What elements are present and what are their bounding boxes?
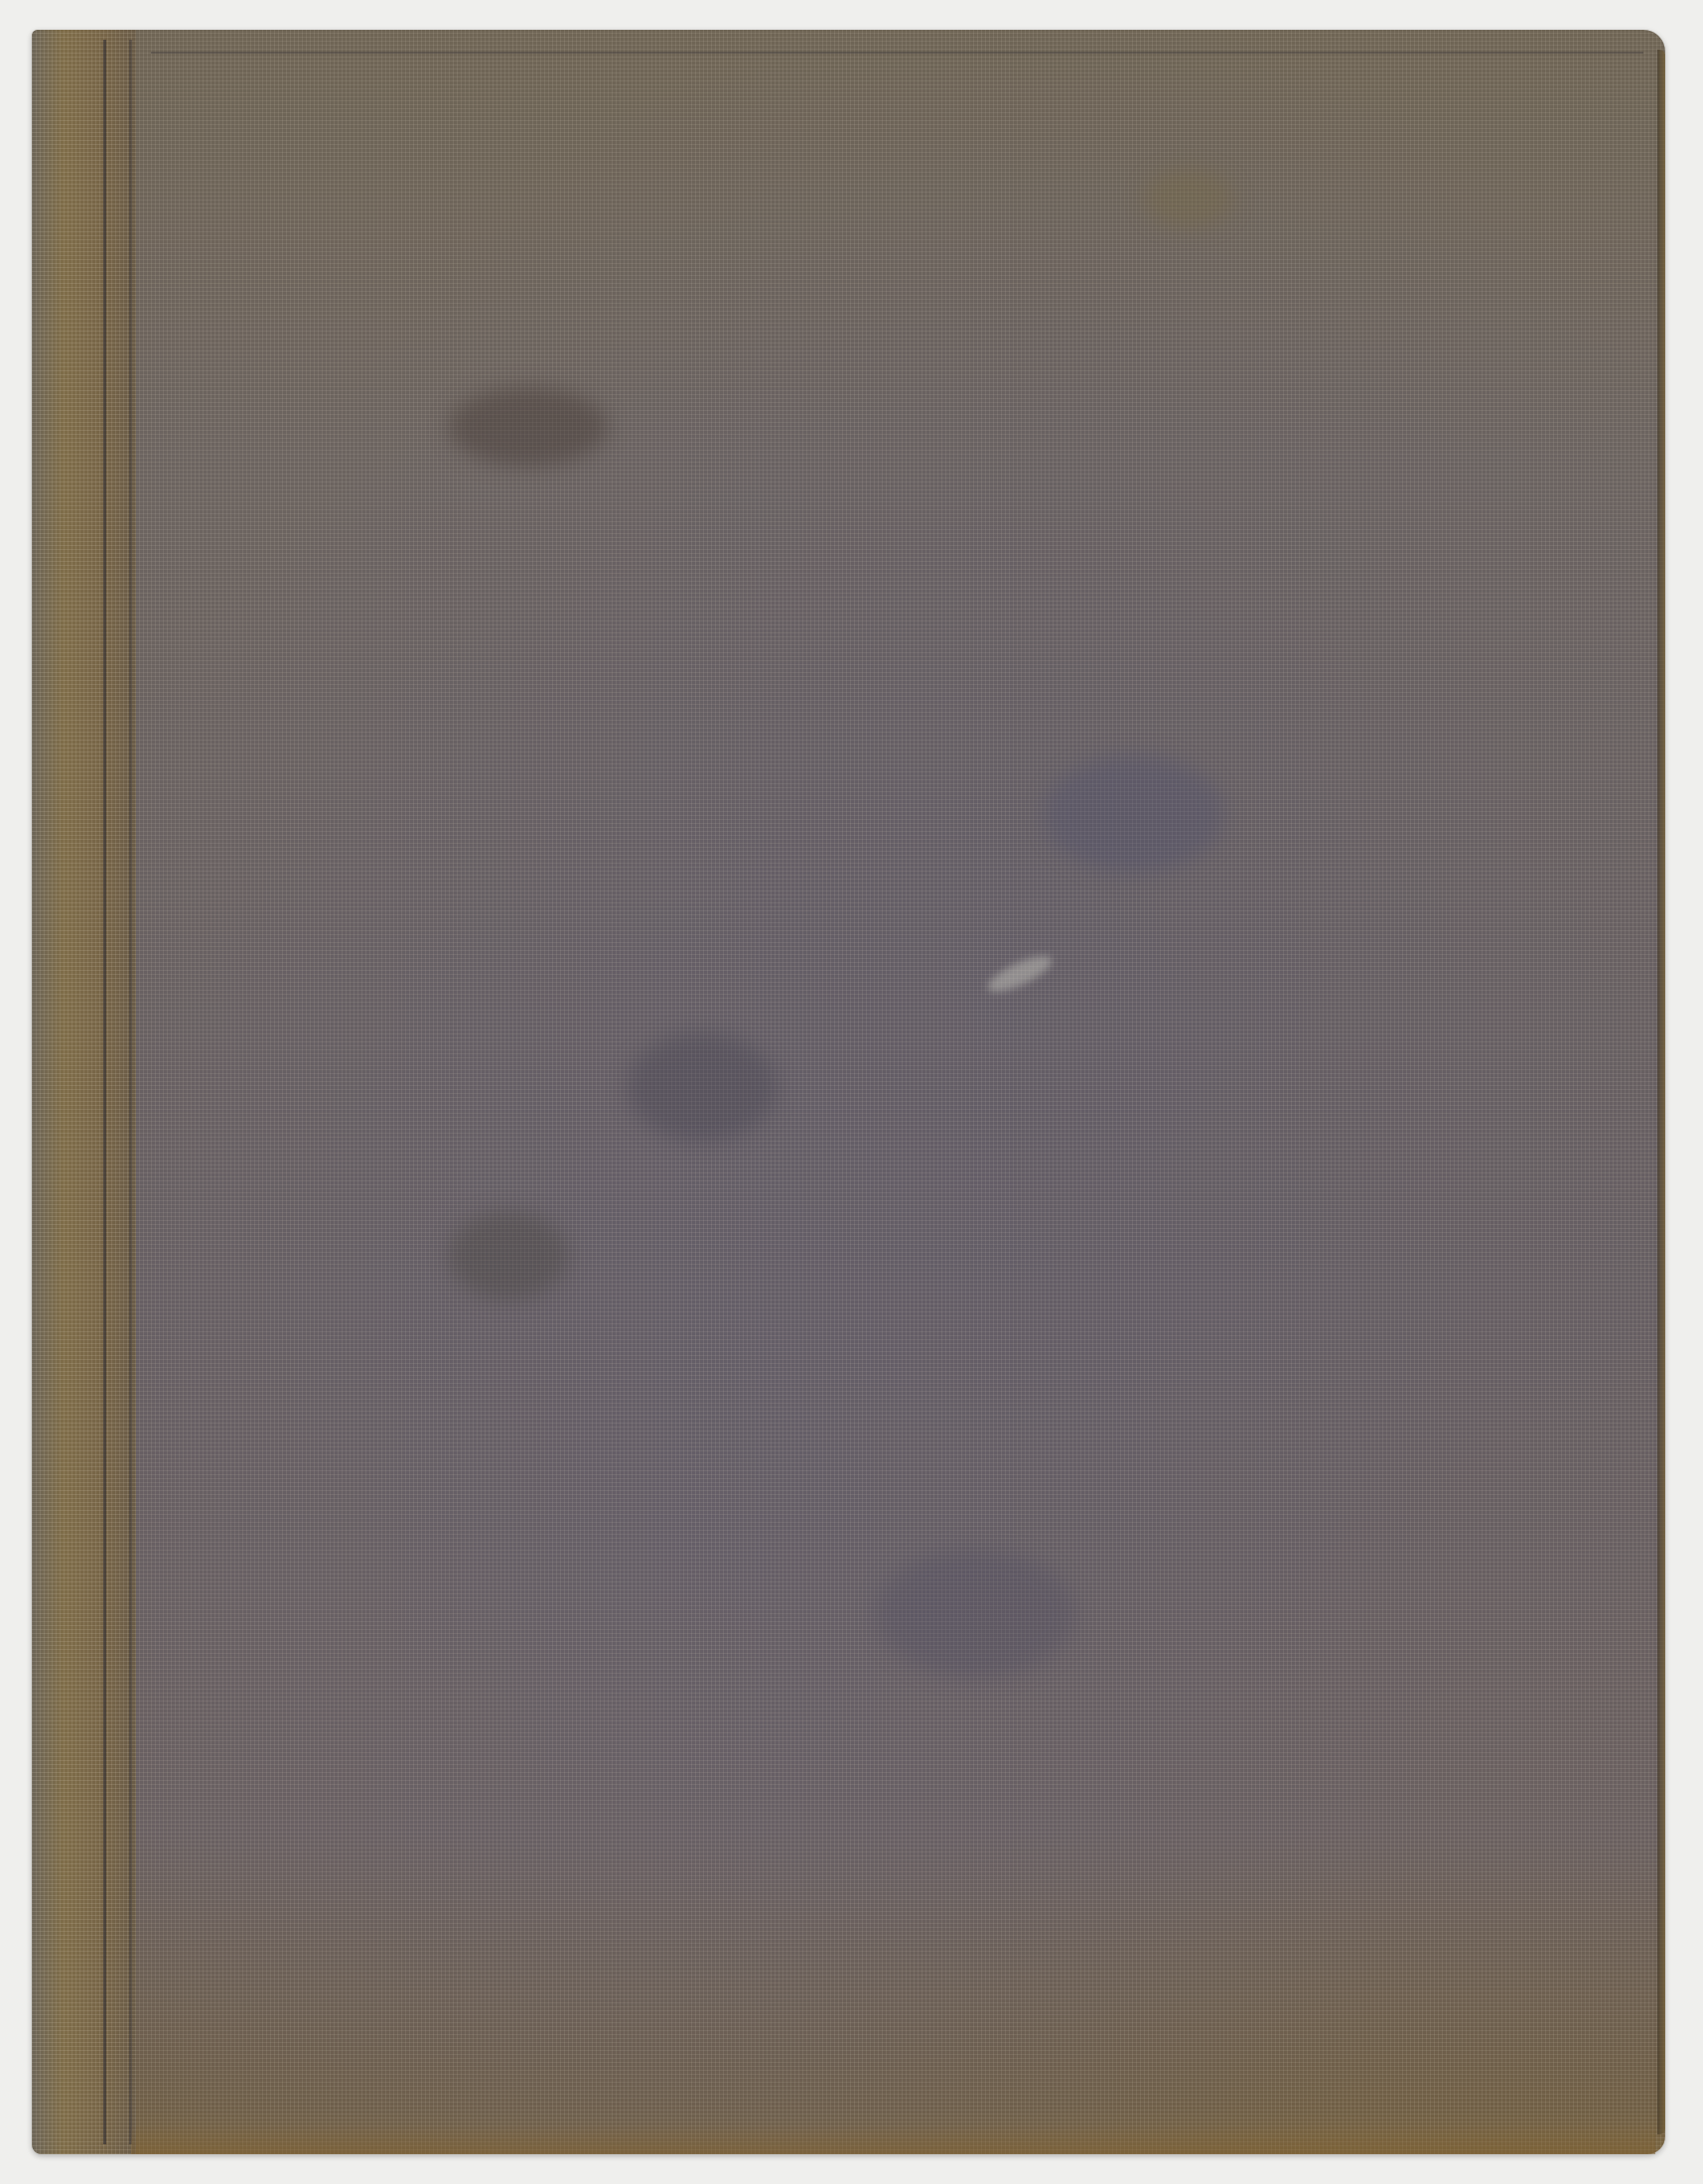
spine-hinge-inner	[129, 40, 132, 2144]
book-cover	[32, 30, 1665, 2154]
stain	[1045, 754, 1223, 874]
spine-hinge	[103, 40, 106, 2144]
stain	[876, 1549, 1074, 1678]
stain	[1144, 169, 1233, 228]
book-edge-bottom	[131, 2124, 1655, 2154]
stain	[628, 1032, 777, 1142]
stain	[449, 1211, 568, 1300]
book-edge-right	[1657, 50, 1665, 2134]
book-spine	[32, 30, 136, 2154]
scuff-mark	[984, 949, 1057, 999]
top-border-line	[151, 52, 1643, 54]
stain	[449, 387, 608, 467]
